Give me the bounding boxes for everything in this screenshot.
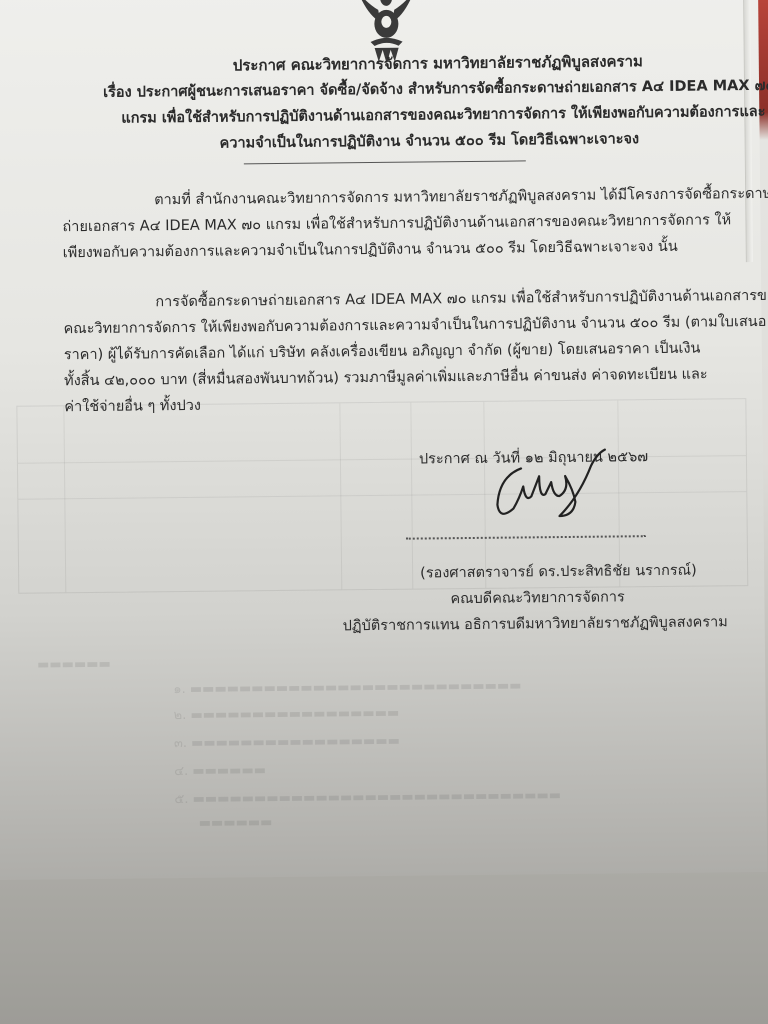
signatory-acting: ปฏิบัติราชการแทน อธิการบดีมหาวิทยาลัยราช…: [343, 610, 728, 637]
show-through-text: ๕. ▬▬▬▬▬▬▬▬▬▬▬▬▬▬▬▬▬▬▬▬▬▬▬▬▬▬▬▬▬▬: [174, 784, 561, 809]
paragraph2-line-2: คณะวิทยาการจัดการ ให้เพียงพอกับความต้องก…: [63, 310, 766, 340]
paragraph2-line-4: ทั้งสิ้น ๔๒,๐๐๐ บาท (สี่หมื่นสองพันบาทถ้…: [64, 363, 708, 393]
subject-line-1: เรื่อง ประกาศผู้ชนะการเสนอราคา จัดซื้อ/จ…: [103, 74, 768, 104]
subject-line-3: ความจำเป็นในการปฏิบัติงาน จำนวน ๕๐๐ รีม …: [219, 127, 639, 154]
show-through-text: ๒. ▬▬▬▬▬▬▬▬▬▬▬▬▬▬▬▬▬: [173, 702, 399, 725]
page-stack-edge: [743, 0, 753, 262]
show-through-text: ▬▬▬▬▬▬: [37, 657, 111, 673]
signatory-name: (รองศาสตราจารย์ ดร.ประสิทธิชัย นรากรณ์): [420, 559, 697, 585]
paragraph2-line-3: ราคา) ผู้ได้รับการคัดเลือก ได้แก่ บริษัท…: [64, 337, 701, 367]
paragraph2-line-5: ค่าใช้จ่ายอื่น ๆ ทั้งปวง: [64, 394, 201, 418]
subject-line-2: แกรม เพื่อใช้สำหรับการปฏิบัติงานด้านเอกส…: [121, 100, 765, 130]
paragraph2-line-1: การจัดซื้อกระดาษถ่ายเอกสาร A๔ IDEA MAX ๗…: [155, 284, 768, 314]
announcement-title: ประกาศ คณะวิทยาการจัดการ มหาวิทยาลัยราชภ…: [233, 49, 643, 77]
paragraph1-line-3: เพียงพอกับความต้องการและความจำเป็นในการป…: [63, 235, 678, 264]
header-divider: [244, 160, 526, 164]
show-through-text: ๑. ▬▬▬▬▬▬▬▬▬▬▬▬▬▬▬▬▬▬▬▬▬▬▬▬▬▬▬: [173, 674, 521, 699]
signatory-position: คณบดีคณะวิทยาการจัดการ: [450, 585, 625, 610]
show-through-text: ๓. ▬▬▬▬▬▬▬▬▬▬▬▬▬▬▬▬▬: [174, 730, 400, 753]
handwritten-signature-icon: [479, 445, 620, 526]
paragraph1-line-1: ตามที่ สำนักงานคณะวิทยาการจัดการ มหาวิทย…: [154, 182, 768, 211]
document-page: ▬▬▬▬▬▬ ๑. ▬▬▬▬▬▬▬▬▬▬▬▬▬▬▬▬▬▬▬▬▬▬▬▬▬▬▬ ๒.…: [0, 0, 767, 880]
show-through-text: ▬▬▬▬▬▬: [199, 815, 273, 831]
show-through-text: ๔. ▬▬▬▬▬▬: [174, 759, 266, 781]
paragraph1-line-2: ถ่ายเอกสาร A๔ IDEA MAX ๗๐ แกรม เพื่อใช้ส…: [62, 208, 731, 238]
